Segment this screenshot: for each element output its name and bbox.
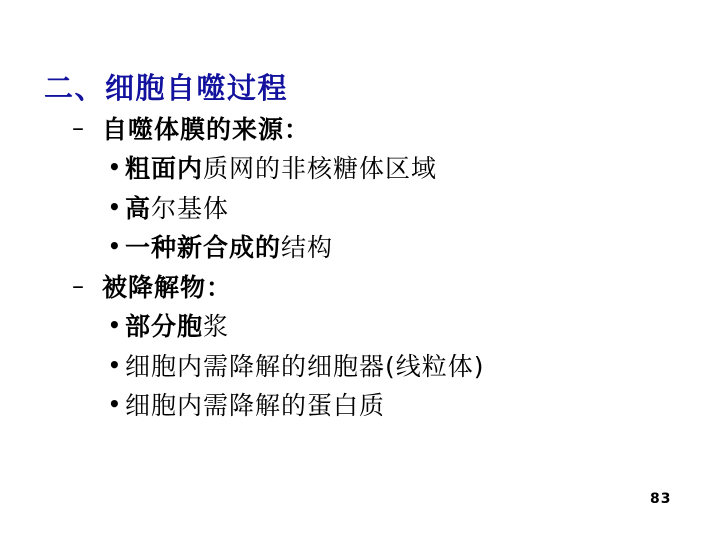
list-item-text: 粗面内质网的非核糖体区域 <box>125 149 437 185</box>
dash-bullet-marker: – <box>72 114 102 142</box>
list-item-text: 细胞内需降解的蛋白质 <box>125 386 385 422</box>
list-item: • 细胞内需降解的细胞器(线粒体) <box>72 345 692 385</box>
dot-bullet-marker: • <box>108 353 125 377</box>
list-item: • 粗面内质网的非核糖体区域 <box>72 148 692 188</box>
list-item-text: 细胞内需降解的细胞器(线粒体) <box>125 347 485 383</box>
bullet-heading-text: 自噬体膜的来源： <box>102 110 310 146</box>
slide-title: 二、细胞自噬过程 <box>44 66 288 107</box>
bullet-heading-degraded-substances: – 被降解物： <box>72 266 692 306</box>
bullet-heading-text: 被降解物： <box>102 268 232 304</box>
page-number: 83 <box>650 491 671 507</box>
list-item: • 一种新合成的结构 <box>72 227 692 267</box>
list-item: • 高尔基体 <box>72 187 692 227</box>
dot-bullet-marker: • <box>108 392 125 416</box>
list-item-text: 一种新合成的结构 <box>125 228 333 264</box>
slide-body: – 自噬体膜的来源： • 粗面内质网的非核糖体区域 • 高尔基体 • 一种新合成… <box>72 108 692 424</box>
dot-bullet-marker: • <box>108 195 125 219</box>
dot-bullet-marker: • <box>108 313 125 337</box>
list-item-text: 部分胞浆 <box>125 307 229 343</box>
dash-bullet-marker: – <box>72 272 102 300</box>
slide-canvas: 二、细胞自噬过程 – 自噬体膜的来源： • 粗面内质网的非核糖体区域 • 高尔基… <box>0 0 720 540</box>
dot-bullet-marker: • <box>108 234 125 258</box>
list-item: • 部分胞浆 <box>72 306 692 346</box>
dot-bullet-marker: • <box>108 155 125 179</box>
bullet-heading-autophagosome-membrane-source: – 自噬体膜的来源： <box>72 108 692 148</box>
list-item-text: 高尔基体 <box>125 189 229 225</box>
list-item: • 细胞内需降解的蛋白质 <box>72 385 692 425</box>
